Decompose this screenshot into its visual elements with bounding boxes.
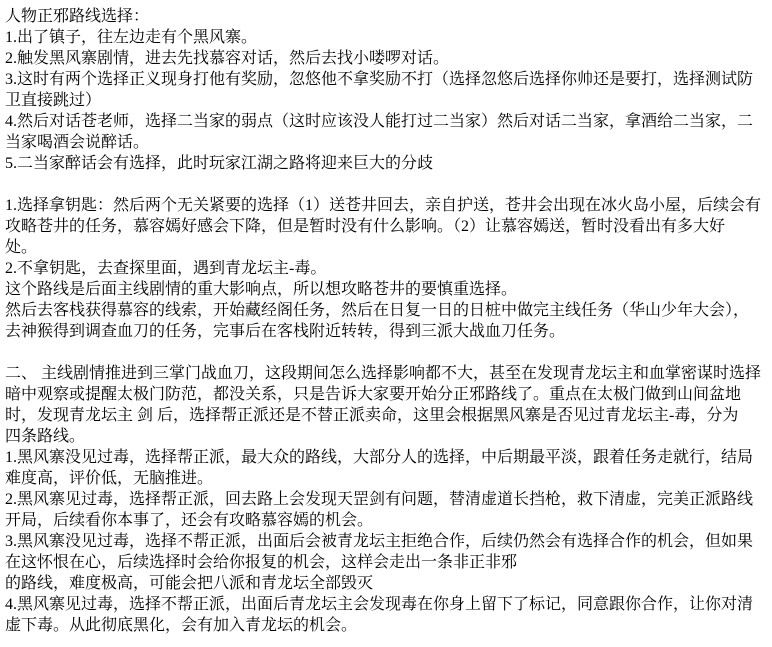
text-line: 时，发现青龙坛主 剑 后，选择帮正派还是不替正派卖命，这里会根据黑风寨是否见过青… (5, 405, 767, 426)
text-line: 1.黑风寨没见过毒，选择帮正派，最大众的路线，大部分人的选择，中后期最平淡，跟着… (5, 447, 767, 468)
guide-document: 人物正邪路线选择： 1.出了镇子，往左边走有个黑风寨。2.触发黑风寨剧情，进去先… (0, 0, 772, 636)
text-line: 3.这时有两个选择正义现身打他有奖励，忽悠他不拿奖励不打（选择忽悠后选择你帅还是… (5, 69, 767, 90)
text-line: 难度高，评价低，无脑推进。 (5, 468, 767, 489)
text-line: 3.黑风寨没见过毒，选择不帮正派，出面后会被青龙坛主拒绝合作，后续仍然会有选择合… (5, 531, 767, 552)
text-line: 暗中观察或提醒太极门防范，都没关系，只是告诉大家要开始分正邪路线了。重点在太极门… (5, 384, 767, 405)
text-line: 1.选择拿钥匙：然后两个无关紧要的选择（1）送苍井回去，亲自护送，苍井会出现在冰… (5, 195, 767, 216)
text-line: 2.触发黑风寨剧情，进去先找慕容对话，然后去找小喽啰对话。 (5, 48, 767, 69)
section-heifengzhai-steps: 1.出了镇子，往左边走有个黑风寨。2.触发黑风寨剧情，进去先找慕容对话，然后去找… (5, 27, 767, 174)
text-line: 5.二当家醉话会有选择，此时玩家江湖之路将迎来巨大的分歧 (5, 153, 767, 174)
text-line: 去神猴得到调查血刀的任务，完事后在客栈附近转转，得到三派大战血刀任务。 (5, 321, 767, 342)
text-line: 处。 (5, 237, 767, 258)
text-line: 1.出了镇子，往左边走有个黑风寨。 (5, 27, 767, 48)
section-main-route-branches: 二、 主线剧情推进到三掌门战血刀，这段期间怎么选择影响都不大，甚至在发现青龙坛主… (5, 363, 767, 636)
text-line: 2.不拿钥匙，去查探里面，遇到青龙坛主-毒。 (5, 258, 767, 279)
text-line: 然后去客栈获得慕容的线索，开始藏经阁任务，然后在日复一日的日桩中做完主线任务（华… (5, 300, 767, 321)
text-line: 二、 主线剧情推进到三掌门战血刀，这段期间怎么选择影响都不大，甚至在发现青龙坛主… (5, 363, 767, 384)
text-line: 4.然后对话苍老师，选择二当家的弱点（这时应该没人能打过二当家）然后对话二当家，… (5, 111, 767, 132)
text-line: 的路线，难度极高，可能会把八派和青龙坛全部毁灭 (5, 573, 767, 594)
text-line: 卫直接跳过） (5, 90, 767, 111)
text-line: 4.黑风寨见过毒，选择不帮正派，出面后青龙坛主会发现毒在你身上留下了标记，同意跟… (5, 594, 767, 615)
text-line: 开局，后续看你本事了，还会有攻略慕容嫣的机会。 (5, 510, 767, 531)
title-section: 人物正邪路线选择： 1.出了镇子，往左边走有个黑风寨。2.触发黑风寨剧情，进去先… (5, 6, 767, 174)
text-line: 2.黑风寨见过毒，选择帮正派，回去路上会发现天罡剑有问题，替清虚道长挡枪，救下清… (5, 489, 767, 510)
text-line: 在这怀恨在心，后续选择时会给你报复的机会，这样会走出一条非正非邪 (5, 552, 767, 573)
section-key-choice: 1.选择拿钥匙：然后两个无关紧要的选择（1）送苍井回去，亲自护送，苍井会出现在冰… (5, 195, 767, 342)
text-line: 攻略苍井的任务，慕容嫣好感会下降，但是暂时没有什么影响。（2）让慕容嫣送，暂时没… (5, 216, 767, 237)
text-line: 这个路线是后面主线剧情的重大影响点，所以想攻略苍井的要慎重选择。 (5, 279, 767, 300)
page-title: 人物正邪路线选择： (5, 6, 767, 27)
text-line: 虚下毒。从此彻底黑化，会有加入青龙坛的机会。 (5, 615, 767, 636)
text-line: 当家喝酒会说醉话。 (5, 132, 767, 153)
text-line: 四条路线。 (5, 426, 767, 447)
